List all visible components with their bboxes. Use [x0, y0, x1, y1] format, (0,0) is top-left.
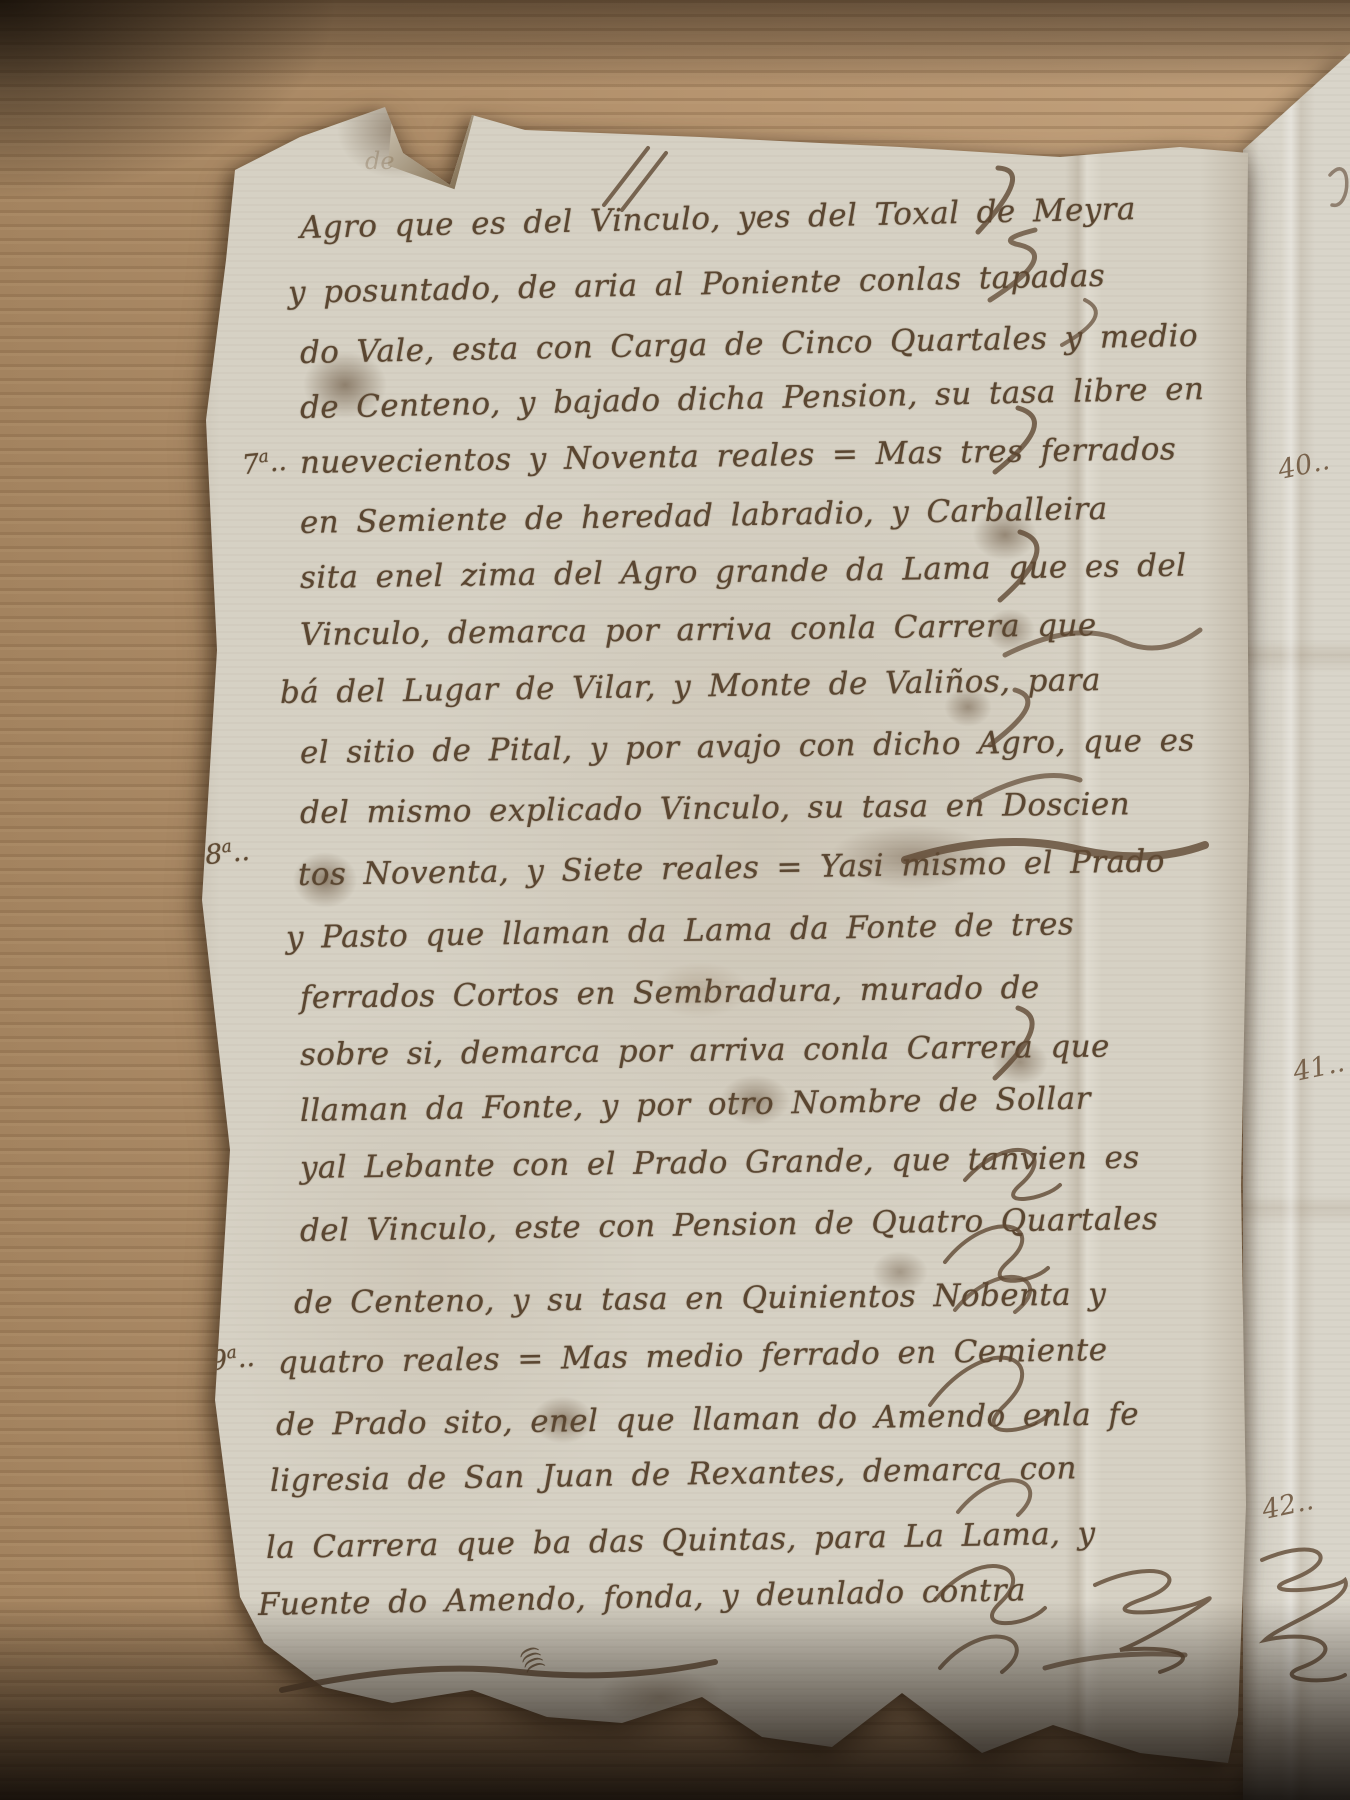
- manuscript-line: del Vinculo, este con Pension de Quatro …: [300, 1200, 1159, 1250]
- manuscript-line: la Carrera que ba das Quintas, para La L…: [266, 1515, 1096, 1567]
- end-flourish-marks: ((((: [515, 1642, 547, 1672]
- manuscript-line: y Pasto que llaman da Lama da Fonte de t…: [286, 905, 1075, 957]
- manuscript-line: ligresia de San Juan de Rexantes, demarc…: [270, 1449, 1077, 1500]
- manuscript-line: del mismo explicado Vinculo, su tasa en …: [300, 785, 1130, 832]
- manuscript-line: Fuente do Amendo, fonda, y deunlado cont…: [258, 1571, 1027, 1624]
- torn-corner-flap: [388, 99, 483, 194]
- margin-marker: 7a..: [240, 445, 288, 481]
- manuscript-line: ferrados Cortos en Sembradura, murado de: [300, 969, 1040, 1017]
- manuscript-line: tos Noventa, y Siete reales = Yasi mismo…: [298, 842, 1165, 894]
- manuscript-line: de Centeno, y su tasa en Quinientos Nobe…: [294, 1275, 1107, 1322]
- margin-marker: 9a..: [208, 1341, 256, 1377]
- manuscript-photo: 40.. 41.. 42.. de Agro que es del Vincul…: [0, 0, 1350, 1800]
- left-page-wrap: de Agro que es del Vinculo, yes del Toxa…: [0, 0, 1350, 1800]
- manuscript-line: y posuntado, de aria al Poniente conlas …: [288, 257, 1106, 312]
- manuscript-line: do Vale, esta con Carga de Cinco Quartal…: [300, 317, 1199, 372]
- marker-dots: ..: [268, 446, 288, 479]
- manuscript-line: de Centeno, y bajado dicha Pension, su t…: [300, 370, 1205, 427]
- marker-dots: ..: [231, 836, 251, 869]
- manuscript-line: sobre si, demarca por arriva conla Carre…: [300, 1028, 1110, 1074]
- manuscript-line: de Prado sito, enel que llaman do Amendo…: [276, 1395, 1139, 1444]
- manuscript-line: sita enel zima del Agro grande da Lama q…: [300, 547, 1187, 597]
- manuscript-line: llaman da Fonte, y por otro Nombre de So…: [300, 1080, 1091, 1130]
- manuscript-line: Agro que es del Vinculo, yes del Toxal d…: [300, 190, 1137, 247]
- manuscript-line: bá del Lugar de Vilar, y Monte de Valiño…: [280, 661, 1101, 712]
- manuscript-line: el sitio de Pital, y por avajo con dicho…: [300, 722, 1195, 772]
- faint-pen-mark: de: [365, 147, 395, 175]
- manuscript-line: en Semiente de heredad labradio, y Carba…: [300, 490, 1108, 542]
- manuscript-line: yal Lebante con el Prado Grande, que tan…: [300, 1139, 1140, 1187]
- left-page: de Agro que es del Vinculo, yes del Toxa…: [160, 85, 1250, 1780]
- manuscript-line: Vinculo, demarca por arriva conla Carrer…: [300, 606, 1097, 654]
- marker-dots: ..: [236, 1342, 256, 1375]
- margin-marker: 8a..: [203, 835, 251, 871]
- manuscript-line: quatro reales = Mas medio ferrado en Cem…: [278, 1331, 1108, 1382]
- manuscript-line: nuevecientos y Noventa reales = Mas tres…: [300, 430, 1177, 482]
